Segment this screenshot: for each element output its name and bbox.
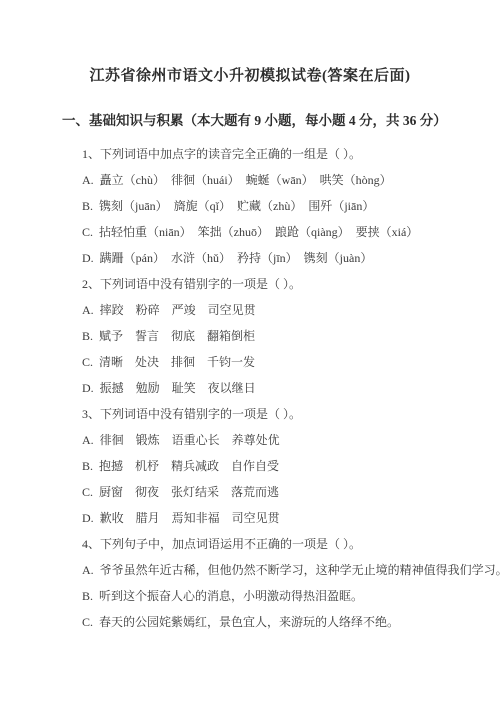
question-4-option-a: A. 爷爷虽然年近古稀，但他仍然不断学习，这种学无止境的精神值得我们学习。 — [82, 557, 500, 583]
question-2-option-d: D. 振撼 勉励 耻笑 夜以继日 — [82, 375, 500, 401]
question-3-stem: 3、下列词语中没有错别字的一项是（ ）。 — [82, 401, 500, 427]
question-3-option-d: D. 歉收 腊月 焉知非福 司空见贯 — [82, 505, 500, 531]
question-2-option-a: A. 摔跤 粉碎 严竣 司空见贯 — [82, 297, 500, 323]
question-2-option-b: B. 赋予 誓言 彻底 翻箱倒柜 — [82, 323, 500, 349]
question-1-stem: 1、下列词语中加点字的读音完全正确的一组是（ ）。 — [82, 141, 500, 167]
question-1-option-a: A. 矗立（chù） 徘徊（huái） 蜿蜒（wān） 哄笑（hòng） — [82, 167, 500, 193]
question-list: 1、下列词语中加点字的读音完全正确的一组是（ ）。 A. 矗立（chù） 徘徊（… — [0, 141, 500, 635]
question-3-option-b: B. 抱撼 机杼 精兵减政 自作自受 — [82, 453, 500, 479]
question-3-option-a: A. 徘徊 锻炼 语重心长 养尊处优 — [82, 427, 500, 453]
question-4-option-c: C. 春天的公园姹紫嫣红，景色宜人，来游玩的人络绎不绝。 — [82, 609, 500, 635]
question-2-option-c: C. 清晰 处决 排徊 千钧一发 — [82, 349, 500, 375]
question-2-stem: 2、下列词语中没有错别字的一项是（ ）。 — [82, 271, 500, 297]
section-heading: 一、基础知识与积累（本大题有 9 小题，每小题 4 分，共 36 分） — [62, 112, 500, 130]
page-title: 江苏省徐州市语文小升初模拟试卷(答案在后面) — [0, 0, 500, 86]
question-4-stem: 4、下列句子中，加点词语运用不正确的一项是（ ）。 — [82, 531, 500, 557]
question-1-option-d: D. 蹒跚（pán） 水浒（hǔ） 矜持（jīn） 镌刻（juàn） — [82, 245, 500, 271]
exam-paper-page: 江苏省徐州市语文小升初模拟试卷(答案在后面) 一、基础知识与积累（本大题有 9 … — [0, 0, 500, 707]
question-1-option-c: C. 拈轻怕重（niān） 笨拙（zhuō） 踉跄（qiàng） 要挟（xiá） — [82, 219, 500, 245]
question-3-option-c: C. 厨窗 彻夜 张灯结采 落荒而逃 — [82, 479, 500, 505]
question-1-option-b: B. 镌刻（juān） 旖旎（qǐ） 贮藏（zhù） 围歼（jiān） — [82, 193, 500, 219]
question-4-option-b: B. 听到这个振奋人心的消息，小明激动得热泪盈眶。 — [82, 583, 500, 609]
